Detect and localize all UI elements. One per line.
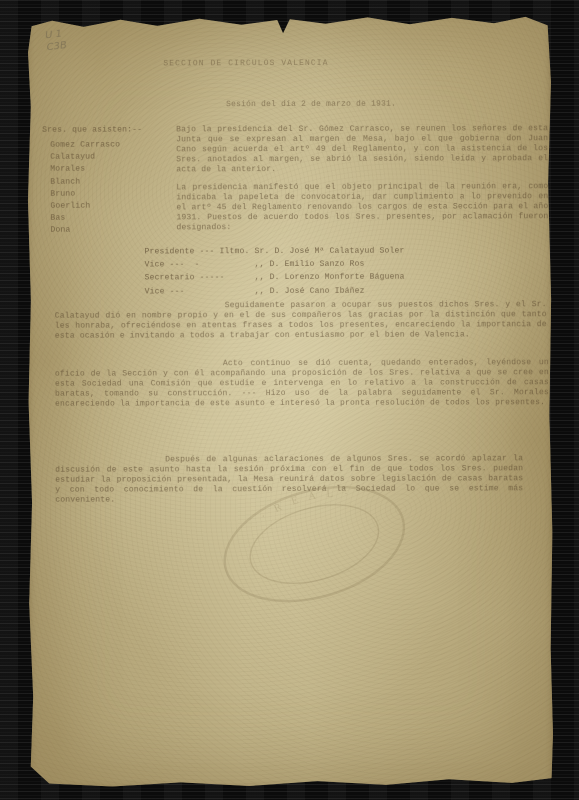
archive-pencil-mark: U 1 C3B — [45, 23, 108, 54]
attendee-name: Goerlich — [42, 200, 182, 213]
attendee-name: Blanch — [42, 176, 182, 189]
scanner-background: U 1 C3B SECCION DE CIRCULOS VALENCIA Ses… — [0, 0, 579, 800]
attendee-name: Morales — [42, 164, 182, 177]
attendee-name: Gomez Carrasco — [42, 139, 182, 152]
session-date: Sesión del día 2 de marzo de 1931. — [181, 100, 441, 111]
paragraph-order-of-day: La presidencia manifestó que el objeto p… — [176, 182, 548, 233]
attendee-name: Bas — [42, 212, 182, 225]
attendees-margin-list: Sres. que asisten:-- Gomez Carrasco Cala… — [42, 125, 182, 237]
appointments-list: Presidente --- Iltmo. Sr. D. José Mª Cal… — [145, 244, 545, 298]
attendee-name: Calatayud — [42, 151, 182, 164]
document-page: U 1 C3B SECCION DE CIRCULOS VALENCIA Ses… — [26, 12, 554, 790]
paragraph-opening: Bajo la presidencia del Sr. Gómez Carras… — [176, 124, 548, 175]
appointment-vicesecretary: Vice --- ,, D. José Cano Ibáñez — [145, 284, 545, 298]
appointment-president: Presidente --- Iltmo. Sr. D. José Mª Cal… — [145, 244, 545, 258]
appointment-secretary: Secretario ----- ,, D. Lorenzo Monforte … — [145, 271, 545, 285]
attendee-name: Dona — [42, 225, 182, 238]
attendees-label: Sres. que asisten:-- — [42, 125, 182, 135]
attendee-name: Bruno — [42, 188, 182, 201]
appointment-vicepresident: Vice --- - ,, D. Emilio Sanzo Ros — [145, 257, 545, 271]
paragraph-proposal: Acto continuo se dió cuenta, quedando en… — [55, 358, 549, 409]
document-header: SECCION DE CIRCULOS VALENCIA — [146, 59, 346, 70]
paragraph-thanks: Seguidamente pasaron a ocupar sus puesto… — [55, 300, 547, 341]
